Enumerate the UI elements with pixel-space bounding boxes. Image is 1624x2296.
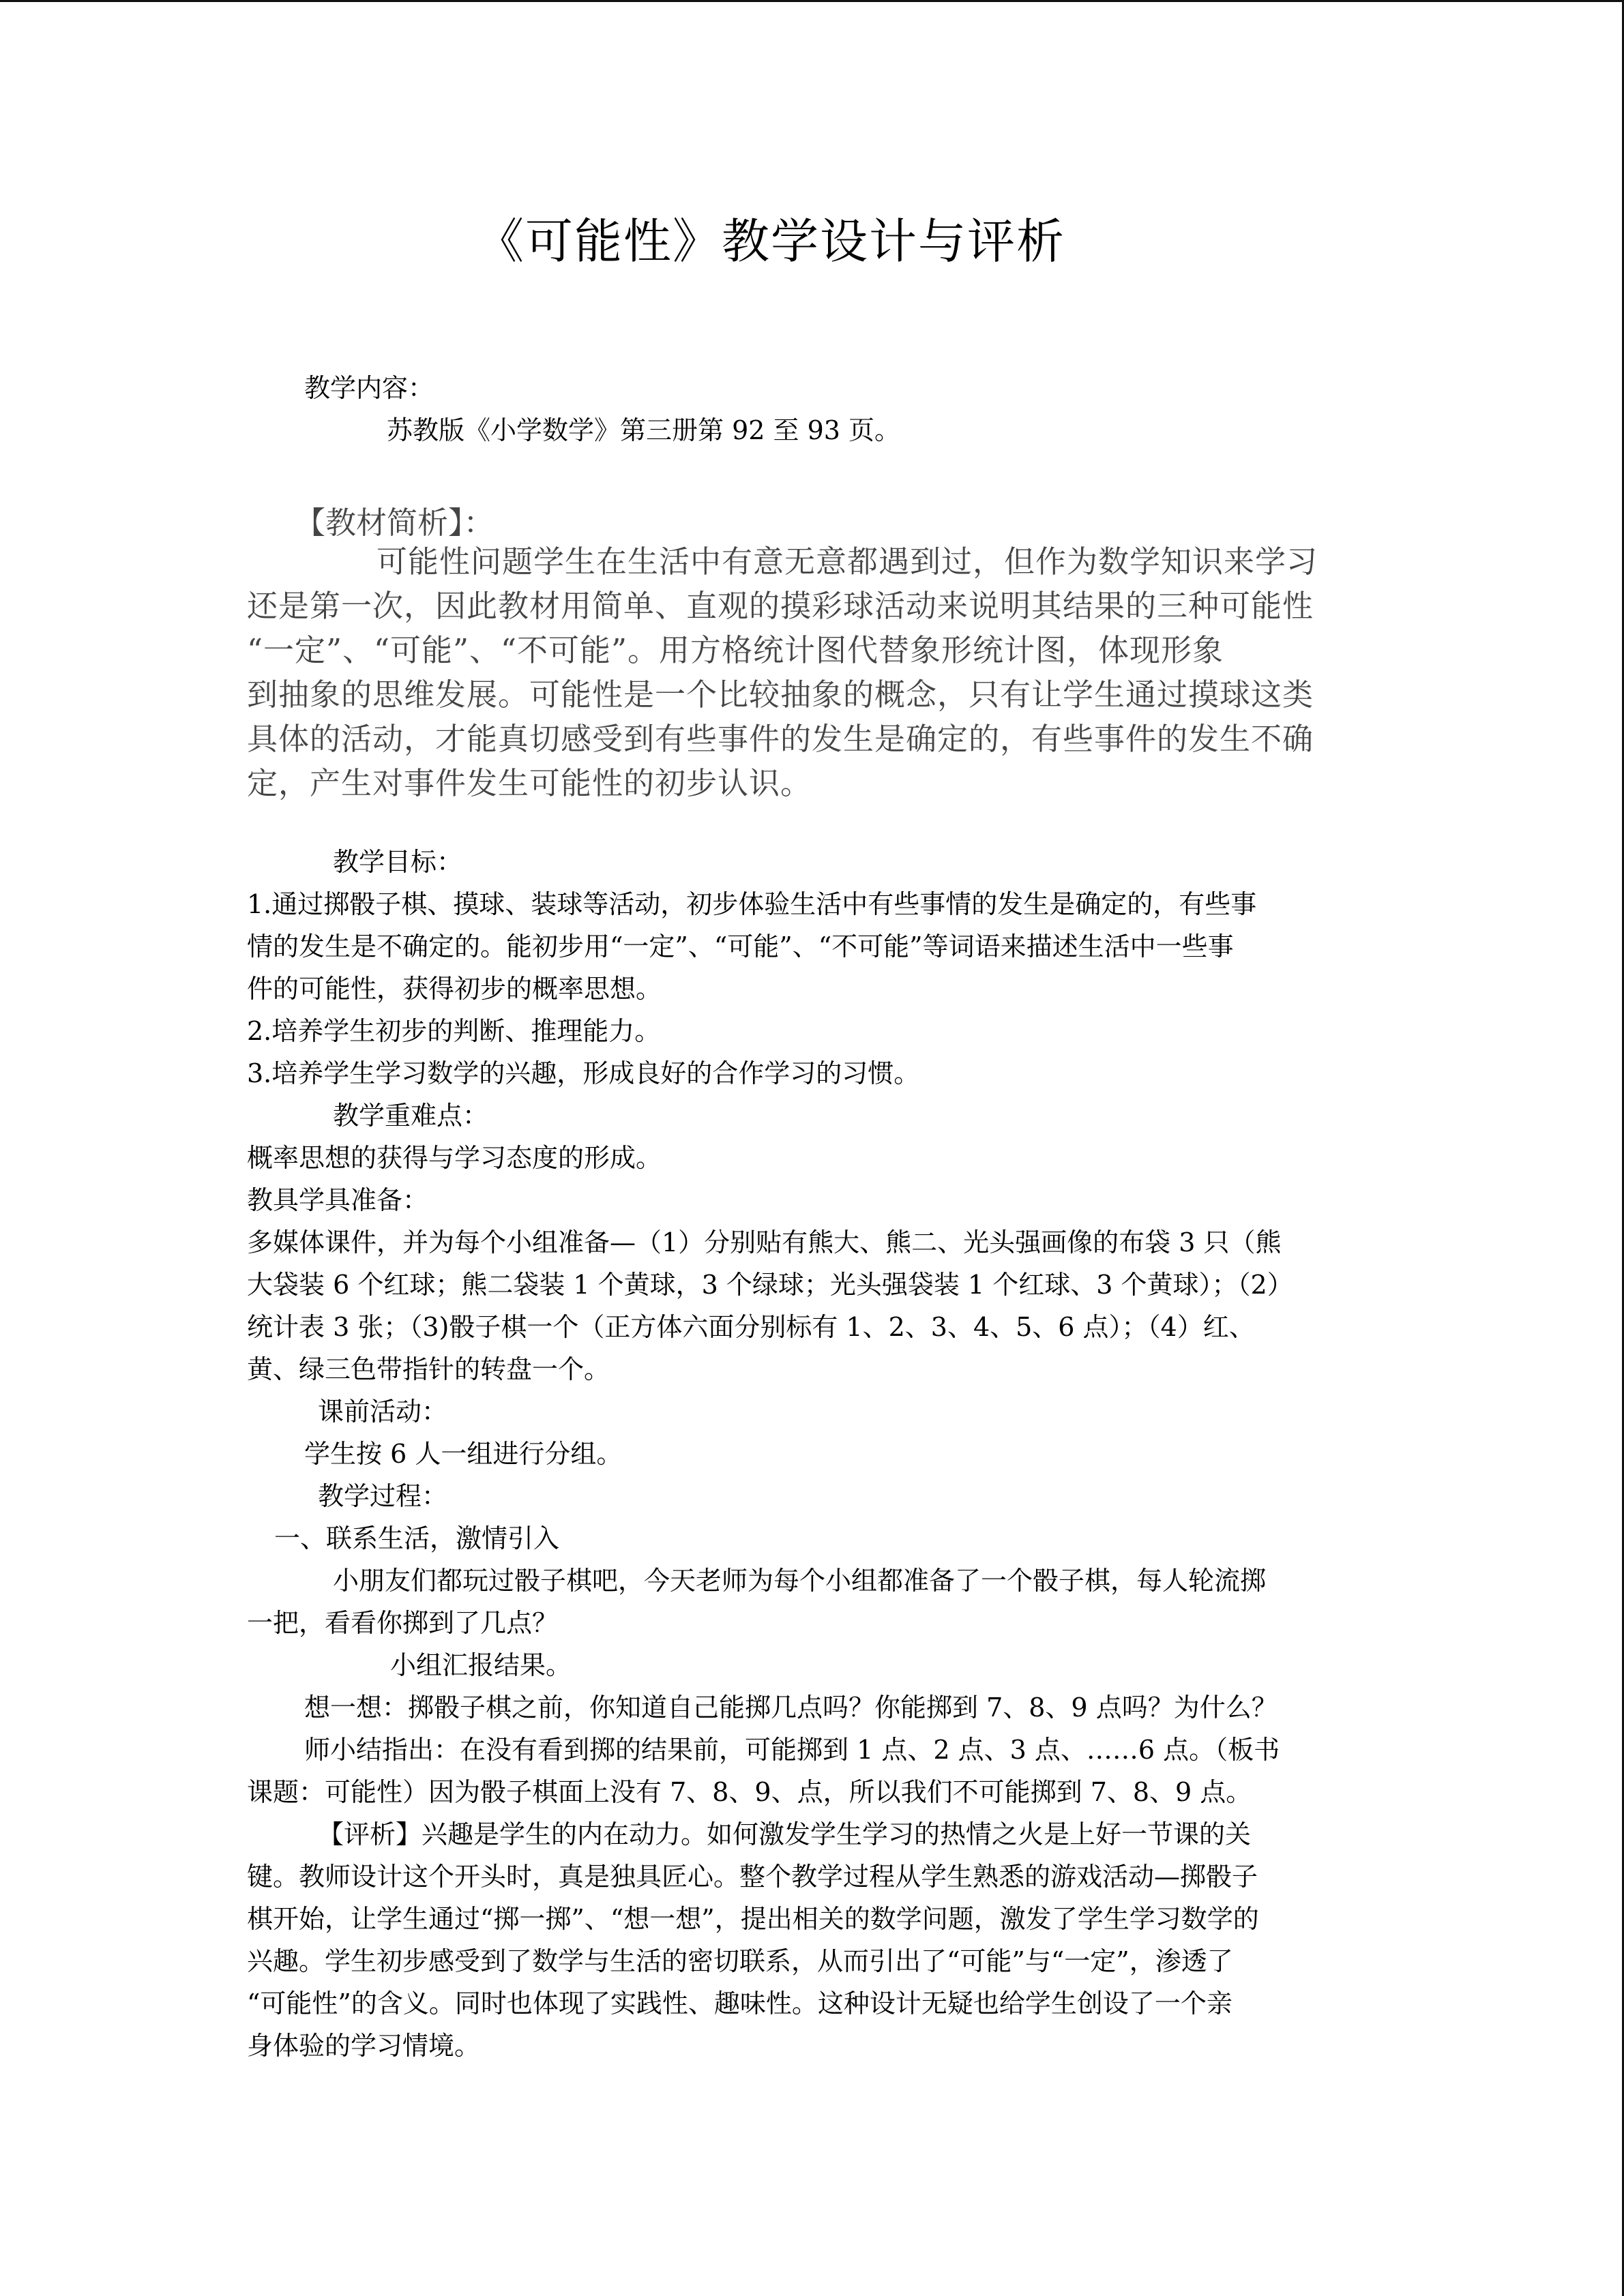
objective-line: 件的可能性，获得初步的概率思想。 bbox=[247, 968, 1379, 1010]
intro-line: 一把，看看你掷到了几点？ bbox=[247, 1602, 1379, 1644]
commentary-line: 【评析】兴趣是学生的内在动力。如何激发学生学习的热情之火是上好一节课的关 bbox=[247, 1813, 1379, 1855]
document-title: 《可能性》教学设计与评析 bbox=[0, 203, 1541, 272]
objective-line: 1.通过掷骰子棋、摸球、装球等活动，初步体验生活中有些事情的发生是确定的，有些事 bbox=[247, 883, 1379, 925]
summary-line: 师小结指出：在没有看到掷的结果前，可能掷到 1 点、2 点、3 点、……6 点。… bbox=[247, 1729, 1379, 1771]
teaching-content-label: 教学内容： bbox=[247, 367, 1379, 409]
teaching-content-section: 教学内容： 苏教版《小学数学》第三册第 92 至 93 页。 bbox=[247, 367, 1379, 451]
analysis-line: 具体的活动，才能真切感受到有些事件的发生是确定的，有些事件的发生不确 bbox=[247, 717, 1379, 761]
analysis-line: 定，产生对事件发生可能性的初步认识。 bbox=[247, 761, 1379, 805]
group-report: 小组汇报结果。 bbox=[247, 1644, 1379, 1686]
section-1-title: 一、联系生活，激情引入 bbox=[247, 1517, 1379, 1560]
analysis-line: 到抽象的思维发展。可能性是一个比较抽象的概念，只有让学生通过摸球这类 bbox=[247, 672, 1379, 717]
materials-line: 统计表 3 张；（3)骰子棋一个（正方体六面分别标有 1、2、3、4、5、6 点… bbox=[247, 1306, 1379, 1348]
analysis-line: “一定”、“可能”、“不可能”。用方格统计图代替象形统计图，体现形象 bbox=[247, 628, 1379, 672]
materials-label: 教具学具准备： bbox=[247, 1179, 1379, 1221]
key-points-label: 教学重难点： bbox=[247, 1094, 1379, 1137]
analysis-line: 可能性问题学生在生活中有意无意都遇到过，但作为数学知识来学习 bbox=[247, 539, 1379, 584]
process-section: 教学过程： 一、联系生活，激情引入 小朋友们都玩过骰子棋吧，今天老师为每个小组都… bbox=[247, 1475, 1379, 2067]
teaching-content-value: 苏教版《小学数学》第三册第 92 至 93 页。 bbox=[247, 409, 1379, 451]
pre-class-label: 课前活动： bbox=[247, 1390, 1379, 1433]
pre-class-section: 课前活动： 学生按 6 人一组进行分组。 bbox=[247, 1390, 1379, 1475]
objective-line: 2.培养学生初步的判断、推理能力。 bbox=[247, 1010, 1379, 1052]
material-analysis-heading: 【教材简析】： bbox=[247, 498, 1427, 542]
materials-line: 多媒体课件，并为每个小组准备—（1）分别贴有熊大、熊二、光头强画像的布袋 3 只… bbox=[247, 1221, 1379, 1264]
key-points-section: 教学重难点： 概率思想的获得与学习态度的形成。 bbox=[247, 1094, 1379, 1179]
intro-line: 小朋友们都玩过骰子棋吧，今天老师为每个小组都准备了一个骰子棋，每人轮流掷 bbox=[247, 1560, 1379, 1602]
summary-line: 课题：可能性）因为骰子棋面上没有 7、8、9、点，所以我们不可能掷到 7、8、9… bbox=[247, 1771, 1379, 1813]
objectives-label: 教学目标： bbox=[247, 841, 1379, 883]
objective-line: 3.培养学生学习数学的兴趣，形成良好的合作学习的习惯。 bbox=[247, 1052, 1379, 1094]
objective-line: 情的发生是不确定的。能初步用“一定”、“可能”、“不可能”等词语来描述生活中一些… bbox=[247, 925, 1379, 968]
pre-class-value: 学生按 6 人一组进行分组。 bbox=[247, 1433, 1379, 1475]
document-page: 《可能性》教学设计与评析 教学内容： 苏教版《小学数学》第三册第 92 至 93… bbox=[0, 0, 1624, 2296]
process-label: 教学过程： bbox=[247, 1475, 1379, 1517]
materials-section: 教具学具准备： 多媒体课件，并为每个小组准备—（1）分别贴有熊大、熊二、光头强画… bbox=[247, 1179, 1379, 1390]
key-points-value: 概率思想的获得与学习态度的形成。 bbox=[247, 1137, 1379, 1179]
commentary-line: 键。教师设计这个开头时，真是独具匠心。整个教学过程从学生熟悉的游戏活动—掷骰子 bbox=[247, 1855, 1379, 1898]
commentary-line: 棋开始，让学生通过“掷一掷”、“想一想”，提出相关的数学问题，激发了学生学习数学… bbox=[247, 1898, 1379, 1940]
commentary-line: 兴趣。学生初步感受到了数学与生活的密切联系，从而引出了“可能”与“一定”，渗透了 bbox=[247, 1940, 1379, 1982]
commentary-line: “可能性”的含义。同时也体现了实践性、趣味性。这种设计无疑也给学生创设了一个亲 bbox=[247, 1982, 1379, 2025]
materials-line: 大袋装 6 个红球；熊二袋装 1 个黄球，3 个绿球；光头强袋装 1 个红球、3… bbox=[247, 1264, 1379, 1306]
analysis-line: 还是第一次，因此教材用简单、直观的摸彩球活动来说明其结果的三种可能性 bbox=[247, 584, 1379, 628]
think-prompt: 想一想：掷骰子棋之前，你知道自己能掷几点吗？你能掷到 7、8、9 点吗？为什么？ bbox=[247, 1686, 1379, 1729]
materials-line: 黄、绿三色带指针的转盘一个。 bbox=[247, 1348, 1379, 1390]
objectives-section: 教学目标： 1.通过掷骰子棋、摸球、装球等活动，初步体验生活中有些事情的发生是确… bbox=[247, 841, 1379, 1094]
material-analysis-paragraph: 可能性问题学生在生活中有意无意都遇到过，但作为数学知识来学习 还是第一次，因此教… bbox=[247, 539, 1379, 805]
commentary-line: 身体验的学习情境。 bbox=[247, 2025, 1379, 2067]
